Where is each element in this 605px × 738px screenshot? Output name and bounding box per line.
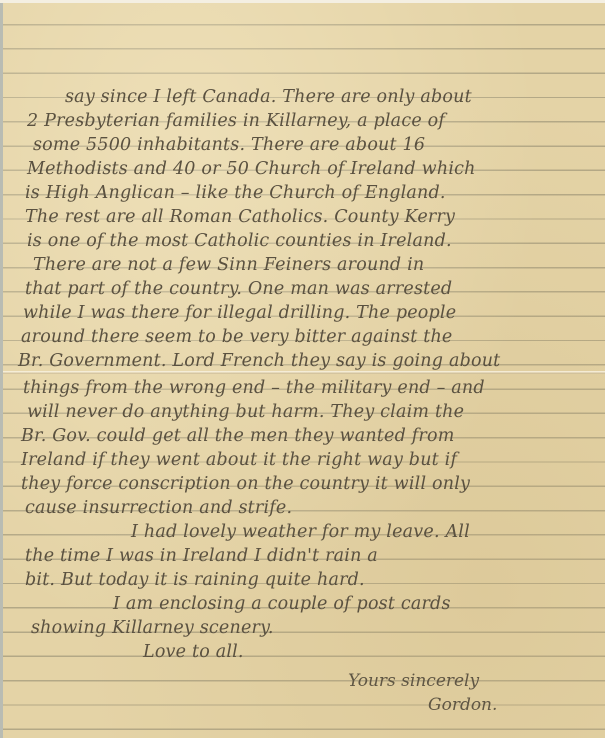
letter-line: is one of the most Catholic counties in … xyxy=(27,230,452,252)
signature: Gordon. xyxy=(428,695,497,715)
letter-line: the time I was in Ireland I didn't rain … xyxy=(25,545,378,567)
letter-line: showing Killarney scenery. xyxy=(31,617,274,639)
letter-line: will never do anything but harm. They cl… xyxy=(27,401,464,423)
faded-letterhead xyxy=(198,41,423,57)
letter-line: The rest are all Roman Catholics. County… xyxy=(25,206,455,228)
letter-line: some 5500 inhabitants. There are about 1… xyxy=(33,134,425,156)
valediction: Yours sincerely xyxy=(348,671,479,691)
letter-line: around there seem to be very bitter agai… xyxy=(21,326,452,348)
letter-line: they force conscription on the country i… xyxy=(21,473,470,495)
fold-crease xyxy=(3,371,605,374)
letter-line: say since I left Canada. There are only … xyxy=(65,86,472,108)
letter-line: Ireland if they went about it the right … xyxy=(21,449,457,471)
letter-line: Methodists and 40 or 50 Church of Irelan… xyxy=(27,158,476,180)
letter-page: say since I left Canada. There are only … xyxy=(3,3,605,738)
letter-line: 2 Presbyterian families in Killarney, a … xyxy=(27,110,445,132)
letter-line: that part of the country. One man was ar… xyxy=(25,278,452,300)
letter-line: There are not a few Sinn Feiners around … xyxy=(33,254,424,276)
letter-line: cause insurrection and strife. xyxy=(25,497,292,519)
letter-line: bit. But today it is raining quite hard. xyxy=(25,569,365,591)
letter-line: Br. Government. Lord French they say is … xyxy=(18,350,500,372)
letter-line: Love to all. xyxy=(143,641,244,663)
letter-line: things from the wrong end – the military… xyxy=(23,377,485,399)
letter-line: I had lovely weather for my leave. All xyxy=(131,521,470,543)
letter-line: I am enclosing a couple of post cards xyxy=(113,593,451,615)
letter-line: while I was there for illegal drilling. … xyxy=(23,302,456,324)
letter-line: Br. Gov. could get all the men they want… xyxy=(21,425,455,447)
letter-line: is High Anglican – like the Church of En… xyxy=(25,182,446,204)
